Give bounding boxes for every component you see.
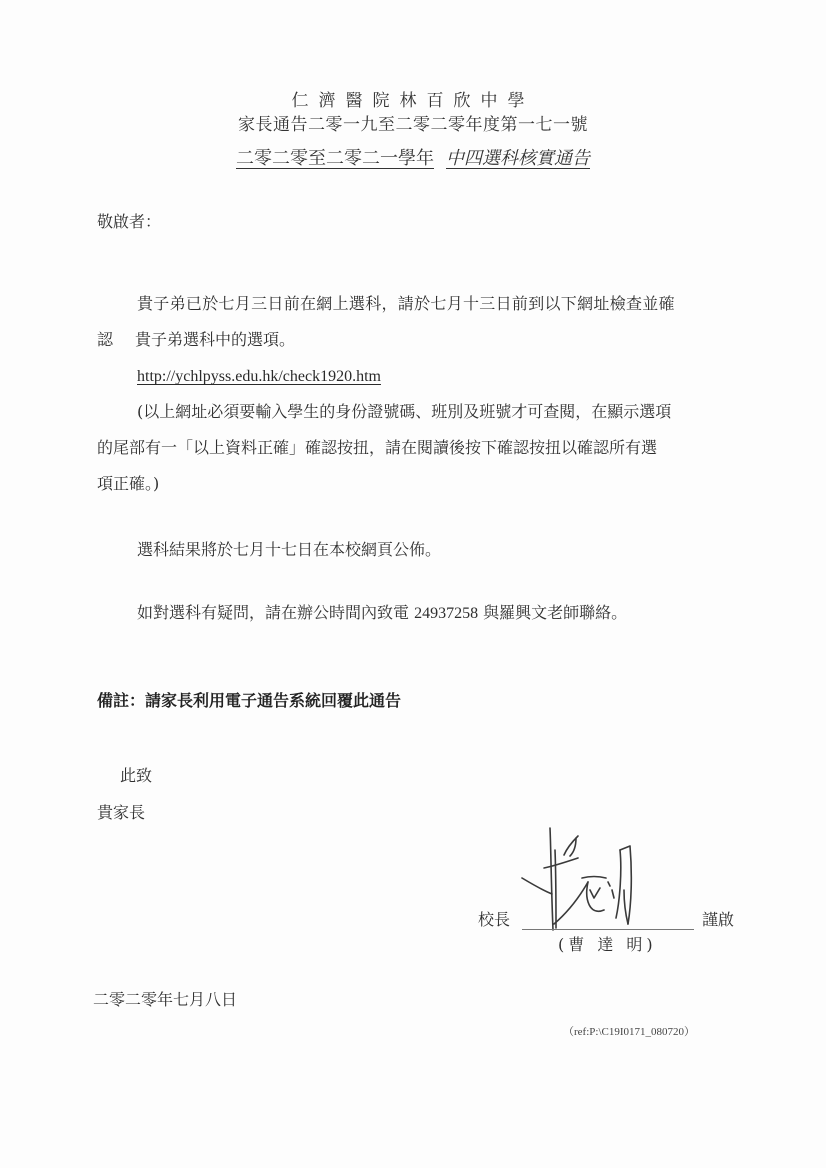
paragraph-2-line-1: (以上網址必須要輸入學生的身份證號碼、班別及班號才可查閱，在顯示選項 [137,404,671,420]
signature-line [522,929,694,930]
contact-phone: 24937258 [414,605,478,622]
notice-title: 二零二零至二零二一學年中四選科核實通告 [0,144,826,170]
paragraph-1-line-2-start: 認 [97,330,113,349]
principal-name: (曹 達 明) [558,937,657,953]
paragraph-1-line-2-end: 貴子弟選科中的選項。 [135,330,295,349]
paragraph-1-line-2: 認貴子弟選科中的選項。 [97,332,295,348]
closing-line-2: 貴家長 [97,805,145,821]
paragraph-4-text: 如對選科有疑問，請在辦公時間內致電 [137,603,414,622]
check-url-link[interactable]: http://ychlpyss.edu.hk/check1920.htm [137,368,381,386]
notice-page: 仁濟醫院林百欣中學 家長通告二零一九至二零二零年度第一七一號 二零二零至二零二一… [0,0,826,1168]
reference-code: （ref:P:\C19I0171_080720） [563,1023,695,1039]
paragraph-4-text-end: 與羅興文老師聯絡。 [478,603,627,622]
paragraph-2-line-2: 的尾部有一「以上資料正確」確認按扭，請在閱讀後按下確認按扭以確認所有選 [97,440,657,456]
respectfully-closing: 謹啟 [702,912,734,928]
paragraph-3: 選科結果將於七月十七日在本校網頁公佈。 [137,542,441,558]
signature-image [520,820,690,935]
closing-line-1: 此致 [120,768,152,784]
salutation: 敬啟者： [97,214,161,230]
paragraph-4: 如對選科有疑問，請在辦公時間內致電 24937258 與羅興文老師聯絡。 [137,605,627,622]
school-name: 仁濟醫院林百欣中學 [0,86,826,111]
issue-date: 二零二零年七月八日 [93,992,237,1008]
principal-label: 校長 [478,912,510,928]
paragraph-2-line-3: 項正確。) [97,476,159,492]
notice-title-year: 二零二零至二零二一學年 [236,148,434,169]
notice-number: 家長通告二零一九至二零二零年度第一七一號 [0,110,826,135]
paragraph-1-line-1: 貴子弟已於七月三日前在網上選科，請於七月十三日前到以下網址檢查並確 [137,296,675,312]
remark: 備註：請家長利用電子通告系統回覆此通告 [97,688,401,711]
notice-title-subject: 中四選科核實通告 [446,148,590,169]
